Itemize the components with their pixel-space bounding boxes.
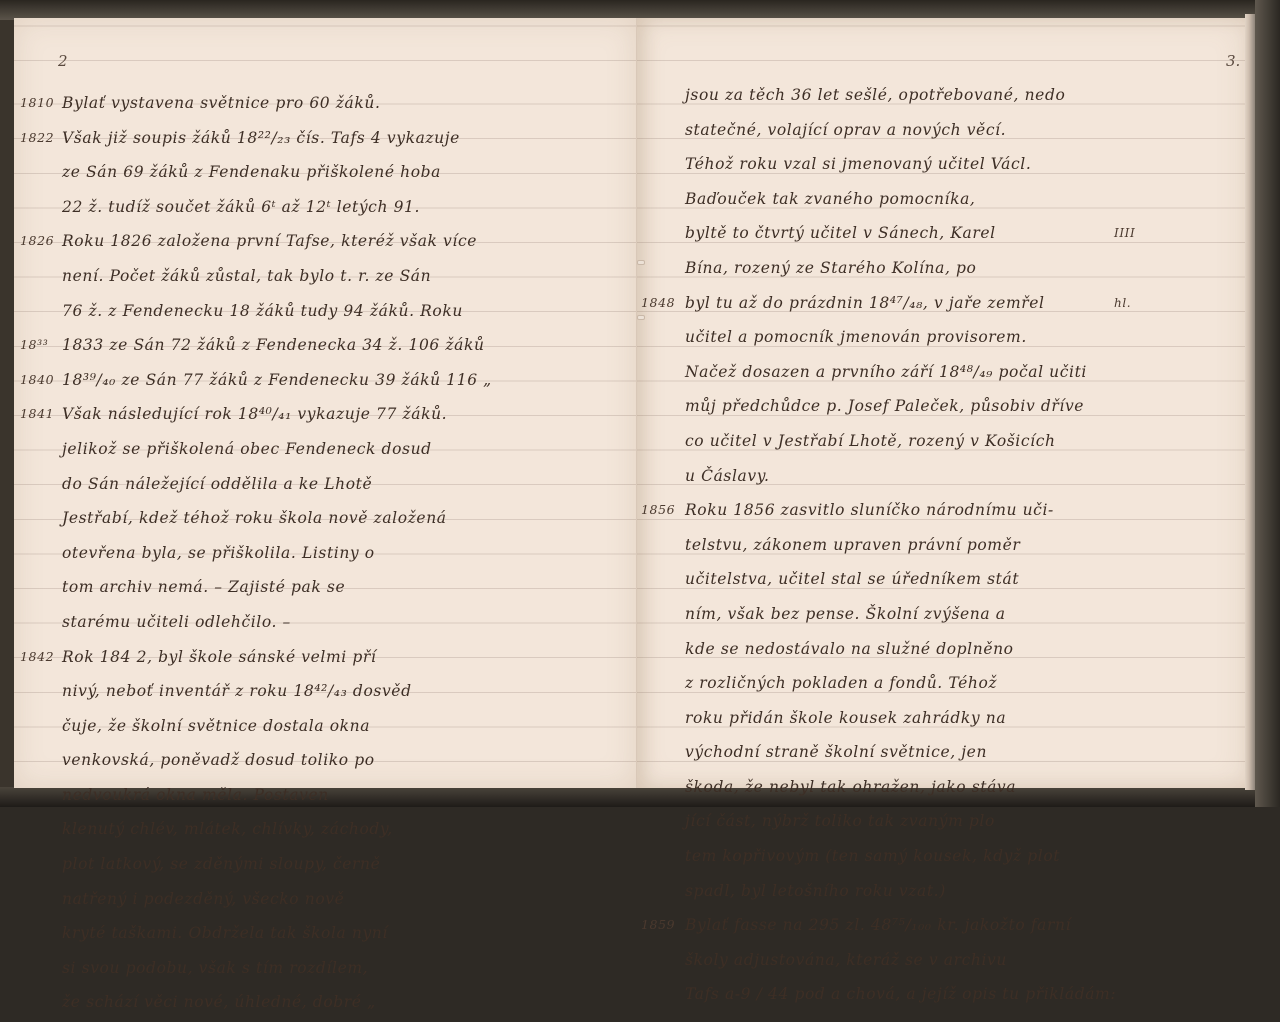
book-cover-top — [0, 0, 1280, 20]
line-text: škoda, že nebyl tak ohražen, jako stáva — [685, 772, 1016, 802]
line-text: Roku 1826 založena první Tafse, kteréž v… — [62, 226, 477, 256]
manuscript-line: 1810Bylať vystavena světnice pro 60 žáků… — [14, 88, 636, 123]
line-text: telstvu, zákonem upraven právní poměr — [685, 530, 1020, 560]
manuscript-line: východní straně školní světnice, jen — [637, 737, 1245, 772]
page-stack-edge — [1245, 14, 1255, 790]
line-text: otevřena byla, se přiškolila. Listiny o — [62, 538, 375, 568]
line-text: Načež dosazen a prvního září 18⁴⁸/₄₉ poč… — [685, 357, 1087, 387]
line-text: Však již soupis žáků 18²²/₂₃ čís. Tafs 4… — [62, 123, 460, 153]
manuscript-line: 22 ž. tudíž součet žáků 6ᵗ až 12ᵗ letých… — [14, 192, 636, 227]
manuscript-line: do Sán náležející oddělila a ke Lhotě — [14, 469, 636, 504]
manuscript-line: 1848byl tu až do prázdnin 18⁴⁷/₄₈, v jař… — [637, 288, 1245, 323]
line-text: nedvoukrá okna měla. Postaven — [62, 780, 329, 807]
manuscript-line: Bína, rozený ze Starého Kolína, po — [637, 253, 1245, 288]
right-page: 3. jsou za těch 36 let sešlé, opotřebova… — [637, 18, 1245, 788]
line-text: čuje, že školní světnice dostala okna — [62, 711, 370, 741]
manuscript-line: škoda, že nebyl tak ohražen, jako stáva — [637, 772, 1245, 807]
margin-note: IIII — [1114, 218, 1135, 248]
manuscript-line: nedvoukrá okna měla. Postaven — [14, 780, 636, 807]
line-text: byltě to čtvrtý učitel v Sánech, Karel — [685, 218, 996, 248]
line-text: Jestřabí, kdež téhož roku škola nově zal… — [62, 503, 447, 533]
line-text: Rok 184 2, byl škole sánské velmi pří — [62, 642, 376, 672]
manuscript-line: venkovská, poněvadž dosud toliko po — [14, 745, 636, 780]
line-text: z rozličných pokladen a fondů. Téhož — [685, 668, 997, 698]
line-text: starému učiteli odlehčilo. – — [62, 607, 291, 637]
manuscript-line: otevřena byla, se přiškolila. Listiny o — [14, 538, 636, 573]
line-text: statečné, volající oprav a nových věcí. — [685, 115, 1006, 145]
manuscript-line: co učitel v Jestřabí Lhotě, rozený v Koš… — [637, 426, 1245, 461]
line-text: jsou za těch 36 let sešlé, opotřebované,… — [685, 80, 1065, 110]
line-text: do Sán náležející oddělila a ke Lhotě — [62, 469, 372, 499]
margin-year: 1841 — [20, 399, 58, 429]
margin-year: 18³³ — [20, 330, 58, 360]
line-text: byl tu až do prázdnin 18⁴⁷/₄₈, v jaře ze… — [685, 288, 1045, 318]
line-text: 1833 ze Sán 72 žáků z Fendenecka 34 ž. 1… — [62, 330, 485, 360]
margin-year: 1848 — [641, 288, 679, 318]
line-text: 76 ž. z Fendenecku 18 žáků tudy 94 žáků.… — [62, 296, 463, 326]
manuscript-line: Baďouček tak zvaného pomocníka, — [637, 184, 1245, 219]
line-text: u Čáslavy. — [685, 461, 770, 491]
manuscript-line: Téhož roku vzal si jmenovaný učitel Václ… — [637, 149, 1245, 184]
line-text: 18³⁹/₄₀ ze Sán 77 žáků z Fendenecku 39 ž… — [62, 365, 492, 395]
manuscript-line: ním, však bez pense. Školní zvýšena a — [637, 599, 1245, 634]
line-text: ze Sán 69 žáků z Fendenaku přiškolené ho… — [62, 157, 441, 187]
left-page: 2 1810Bylať vystavena světnice pro 60 žá… — [14, 18, 637, 788]
manuscript-line: telstvu, zákonem upraven právní poměr — [637, 530, 1245, 565]
book-cover-edge — [1255, 0, 1280, 807]
manuscript-line: jsou za těch 36 let sešlé, opotřebované,… — [637, 80, 1245, 115]
manuscript-line: u Čáslavy. — [637, 461, 1245, 496]
manuscript-line: 1822Však již soupis žáků 18²²/₂₃ čís. Ta… — [14, 123, 636, 158]
manuscript-line: 1841Však následující rok 18⁴⁰/₄₁ vykazuj… — [14, 399, 636, 434]
margin-note: hl. — [1114, 288, 1131, 318]
manuscript-line: 184018³⁹/₄₀ ze Sán 77 žáků z Fendenecku … — [14, 365, 636, 400]
manuscript-line: učitel a pomocník jmenován provisorem. — [637, 322, 1245, 357]
margin-year: 1822 — [20, 123, 58, 153]
manuscript-line: není. Počet žáků zůstal, tak bylo t. r. … — [14, 261, 636, 296]
page-number: 2 — [58, 52, 68, 70]
line-text: jelikož se přiškolená obec Fendeneck dos… — [62, 434, 432, 464]
manuscript-line: z rozličných pokladen a fondů. Téhož — [637, 668, 1245, 703]
line-text: Téhož roku vzal si jmenovaný učitel Václ… — [685, 149, 1031, 179]
binding-stitch — [637, 260, 645, 265]
manuscript-line: Načež dosazen a prvního září 18⁴⁸/₄₉ poč… — [637, 357, 1245, 392]
line-text: Bína, rozený ze Starého Kolína, po — [685, 253, 977, 283]
line-text: Bylať vystavena světnice pro 60 žáků. — [62, 88, 381, 118]
left-page-lines: 1810Bylať vystavena světnice pro 60 žáků… — [14, 88, 636, 807]
margin-year: 1826 — [20, 226, 58, 256]
manuscript-line: kde se nedostávalo na služné doplněno — [637, 634, 1245, 669]
line-text: není. Počet žáků zůstal, tak bylo t. r. … — [62, 261, 431, 291]
right-page-lines: jsou za těch 36 let sešlé, opotřebované,… — [637, 80, 1245, 807]
line-text: ním, však bez pense. Školní zvýšena a — [685, 599, 1006, 629]
line-text: 22 ž. tudíž součet žáků 6ᵗ až 12ᵗ letých… — [62, 192, 420, 222]
line-text: kde se nedostávalo na služné doplněno — [685, 634, 1014, 664]
manuscript-line: jelikož se přiškolená obec Fendeneck dos… — [14, 434, 636, 469]
line-text: venkovská, poněvadž dosud toliko po — [62, 745, 375, 775]
margin-year: 1810 — [20, 88, 58, 118]
manuscript-line: 1826Roku 1826 založena první Tafse, kter… — [14, 226, 636, 261]
manuscript-line: čuje, že školní světnice dostala okna — [14, 711, 636, 746]
manuscript-line: byltě to čtvrtý učitel v Sánech, KarelII… — [637, 218, 1245, 253]
manuscript-line: tom archiv nemá. – Zajisté pak se — [14, 572, 636, 607]
line-text: východní straně školní světnice, jen — [685, 737, 987, 767]
manuscript-line: ze Sán 69 žáků z Fendenaku přiškolené ho… — [14, 157, 636, 192]
page-number: 3. — [1226, 52, 1240, 70]
margin-year: 1856 — [641, 495, 679, 525]
line-text: můj předchůdce p. Josef Paleček, působiv… — [685, 391, 1084, 421]
line-text: co učitel v Jestřabí Lhotě, rozený v Koš… — [685, 426, 1056, 456]
manuscript-line: 18³³1833 ze Sán 72 žáků z Fendenecka 34 … — [14, 330, 636, 365]
line-text: Baďouček tak zvaného pomocníka, — [685, 184, 975, 214]
line-text: Roku 1856 zasvitlo sluníčko národnímu uč… — [685, 495, 1054, 525]
book-spread: 2 1810Bylať vystavena světnice pro 60 žá… — [0, 0, 1280, 807]
manuscript-line: Jestřabí, kdež téhož roku škola nově zal… — [14, 503, 636, 538]
manuscript-line: starému učiteli odlehčilo. – — [14, 607, 636, 642]
manuscript-line: 76 ž. z Fendenecku 18 žáků tudy 94 žáků.… — [14, 296, 636, 331]
line-text: roku přidán škole kousek zahrádky na — [685, 703, 1006, 733]
line-text: nivý, neboť inventář z roku 18⁴²/₄₃ dosv… — [62, 676, 412, 706]
manuscript-line: učitelstva, učitel stal se úředníkem stá… — [637, 564, 1245, 599]
manuscript-line: můj předchůdce p. Josef Paleček, působiv… — [637, 391, 1245, 426]
manuscript-line: 1856Roku 1856 zasvitlo sluníčko národním… — [637, 495, 1245, 530]
manuscript-line: roku přidán škole kousek zahrádky na — [637, 703, 1245, 738]
manuscript-line: nivý, neboť inventář z roku 18⁴²/₄₃ dosv… — [14, 676, 636, 711]
manuscript-line: 1842Rok 184 2, byl škole sánské velmi př… — [14, 642, 636, 677]
margin-year: 1842 — [20, 642, 58, 672]
binding-stitch — [637, 315, 645, 320]
line-text: učitelstva, učitel stal se úředníkem stá… — [685, 564, 1019, 594]
margin-year: 1840 — [20, 365, 58, 395]
line-text: učitel a pomocník jmenován provisorem. — [685, 322, 1027, 352]
line-text: Však následující rok 18⁴⁰/₄₁ vykazuje 77… — [62, 399, 447, 429]
line-text: tom archiv nemá. – Zajisté pak se — [62, 572, 345, 602]
manuscript-line: statečné, volající oprav a nových věcí. — [637, 115, 1245, 150]
